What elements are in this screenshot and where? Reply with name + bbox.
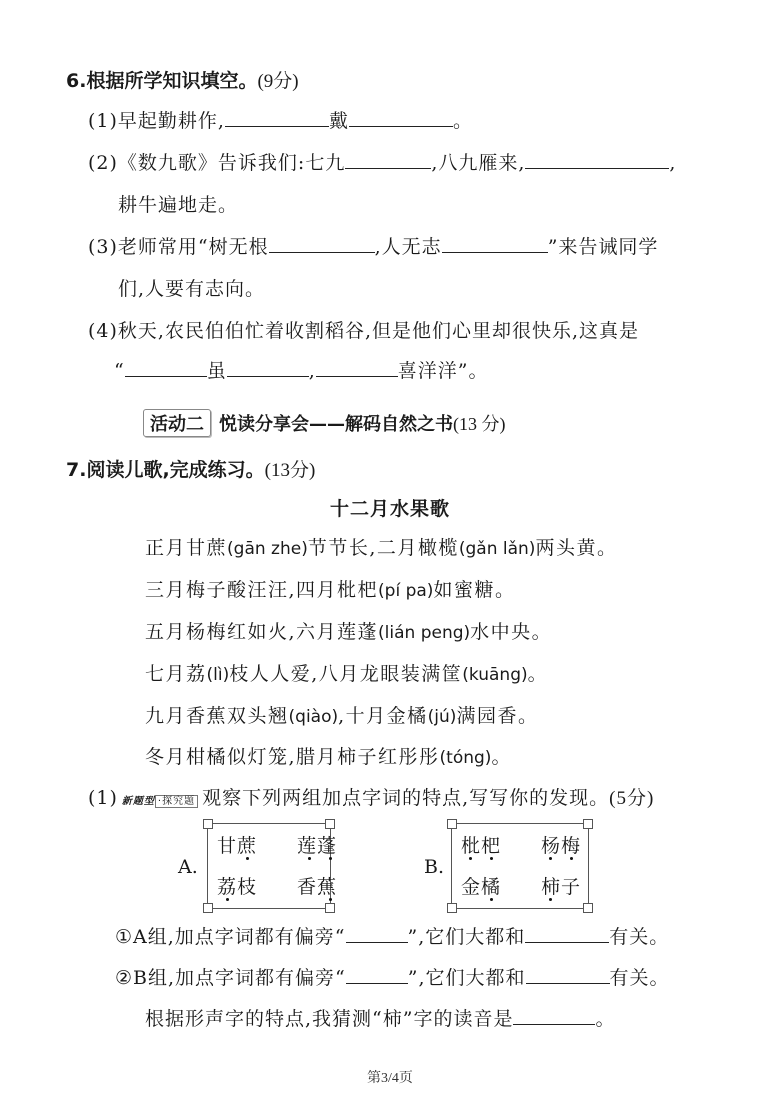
pinyin: (pí pa) — [378, 581, 433, 601]
badge-text: 新题型 — [122, 796, 155, 807]
item-text: 观察下列两组加点字词的特点,写写你的发现。 — [202, 787, 609, 809]
frame-corner-ornament — [325, 819, 335, 829]
poem-text: 。 — [528, 663, 549, 685]
q6-item-2: (2)《数九歌》告诉我们:七九,八九雁来,, — [88, 148, 676, 175]
poem-title: 十二月水果歌 — [0, 494, 780, 521]
answer-blank[interactable] — [227, 358, 309, 377]
new-type-badge: 新题型·探究题 — [122, 792, 198, 807]
item-text: ”来告诫同学 — [548, 236, 659, 258]
frame-corner-ornament — [325, 903, 335, 913]
poem-text: 如蜜糖。 — [433, 579, 515, 601]
answer-blank[interactable] — [513, 1006, 595, 1025]
pinyin: (jú) — [428, 707, 457, 727]
answer-blank[interactable] — [442, 234, 548, 253]
answer-blank[interactable] — [345, 150, 431, 169]
answer-blank[interactable] — [225, 108, 329, 127]
answer-blank[interactable] — [346, 965, 408, 984]
word-item: 甘蔗 — [217, 831, 257, 858]
frame-corner-ornament — [583, 819, 593, 829]
poem-text: 满园香。 — [456, 705, 538, 727]
frame-corner-ornament — [203, 819, 213, 829]
q7-score: (13分) — [265, 460, 316, 481]
emphasis-dot — [226, 898, 229, 901]
word-item: 柿子 — [541, 872, 581, 899]
answer-blank[interactable] — [525, 150, 669, 169]
frame-corner-ornament — [583, 903, 593, 913]
poem-text: 三月梅子酸汪汪,四月枇杷 — [145, 579, 378, 601]
q6-item-3: (3)老师常用“树无根,人无志”来告诫同学 — [88, 232, 658, 259]
item-text: 。 — [453, 110, 473, 132]
pinyin: (qiào) — [289, 707, 339, 727]
word-item: 金橘 — [461, 872, 501, 899]
frame-corner-ornament — [203, 903, 213, 913]
question-6-title: 6.根据所学知识填空。(9分) — [66, 66, 299, 93]
item-number: (2) — [88, 152, 118, 174]
item-text: ”,它们大都和 — [408, 926, 526, 948]
poem-text: 五月杨梅红如火,六月莲蓬 — [145, 621, 378, 643]
poem-text: ,十月金橘 — [338, 705, 428, 727]
q7-sub1-a: ①A组,加点字词都有偏旁“”,它们大都和有关。 — [115, 922, 669, 949]
poem-line: 冬月柑橘似灯笼,腊月柿子红彤彤(tóng)。 — [145, 742, 512, 769]
q7-sub1-b: ②B组,加点字词都有偏旁“”,它们大都和有关。 — [115, 963, 670, 990]
poem-text: 两头黄。 — [535, 537, 617, 559]
q6-item-3-cont: 们,人要有志向。 — [118, 274, 265, 301]
emphasis-dot — [246, 857, 249, 860]
q6-item-1: (1)早起勤耕作,戴。 — [88, 106, 473, 133]
emphasis-dot — [490, 898, 493, 901]
frame-corner-ornament — [447, 819, 457, 829]
answer-blank[interactable] — [349, 108, 453, 127]
item-text: 早起勤耕作, — [118, 110, 225, 132]
section-header: 活动二悦读分享会——解码自然之书(13 分) — [143, 409, 506, 437]
item-text: 《数九歌》告诉我们:七九 — [118, 152, 345, 174]
pinyin: (lì) — [207, 665, 230, 685]
pinyin: (gǎn lǎn) — [459, 539, 536, 559]
word-item: 枇杷 — [461, 831, 501, 858]
badge-text: ·探究题 — [155, 795, 198, 808]
emphasis-dot — [329, 898, 332, 901]
emphasis-dot — [570, 857, 573, 860]
q7-sub1-c: 根据形声字的特点,我猜测“柿”字的读音是。 — [145, 1004, 615, 1031]
section-tag: 活动二 — [143, 409, 211, 437]
q6-score: (9分) — [257, 71, 298, 92]
item-score: (5分) — [609, 788, 654, 809]
word-item: 莲蓬 — [297, 831, 337, 858]
item-number: (3) — [88, 236, 118, 258]
poem-line: 三月梅子酸汪汪,四月枇杷(pí pa)如蜜糖。 — [145, 575, 515, 602]
frame-corner-ornament — [447, 903, 457, 913]
question-7-title: 7.阅读儿歌,完成练习。(13分) — [66, 455, 315, 482]
word-item: 荔枝 — [217, 872, 257, 899]
item-text: 喜洋洋”。 — [398, 360, 489, 382]
item-text: , — [669, 152, 676, 174]
answer-blank[interactable] — [269, 234, 375, 253]
q7-sub1-prompt: (1)新题型·探究题观察下列两组加点字词的特点,写写你的发现。(5分) — [88, 783, 654, 810]
emphasis-dot — [308, 857, 311, 860]
page-number: 第3/4页 — [0, 1067, 780, 1087]
emphasis-dot — [549, 857, 552, 860]
item-text: ②B组,加点字词都有偏旁“ — [115, 967, 346, 989]
poem-line: 正月甘蔗(gān zhe)节节长,二月橄榄(gǎn lǎn)两头黄。 — [145, 533, 617, 560]
item-text: “ — [114, 360, 125, 382]
answer-blank[interactable] — [526, 965, 610, 984]
item-text: 。 — [595, 1008, 615, 1030]
poem-line: 七月荔(lì)枝人人爱,八月龙眼装满筐(kuāng)。 — [145, 659, 548, 686]
item-text: 根据形声字的特点,我猜测“柿”字的读音是 — [145, 1008, 513, 1030]
poem-line: 五月杨梅红如火,六月莲蓬(lián peng)水中央。 — [145, 617, 552, 644]
item-text: ”,它们大都和 — [408, 967, 526, 989]
item-number: (1) — [88, 110, 118, 132]
item-text: 虽 — [207, 360, 227, 382]
q6-title-text: 6.根据所学知识填空。 — [66, 70, 257, 92]
answer-blank[interactable] — [316, 358, 398, 377]
group-a-label: A. — [178, 856, 198, 878]
q6-item-4: (4)秋天,农民伯伯忙着收割稻谷,但是他们心里却很快乐,这真是 — [88, 316, 639, 343]
item-text: 老师常用“树无根 — [118, 236, 269, 258]
item-text: 有关。 — [610, 967, 670, 989]
poem-text: 冬月柑橘似灯笼,腊月柿子红彤彤 — [145, 746, 440, 768]
item-number: (1) — [88, 787, 118, 809]
emphasis-dot — [549, 898, 552, 901]
section-title: 悦读分享会——解码自然之书 — [219, 414, 453, 435]
poem-text: 水中央。 — [470, 621, 552, 643]
word-item: 香蕉 — [297, 872, 337, 899]
q6-item-4-cont: “虽,喜洋洋”。 — [114, 356, 489, 383]
poem-text: 。 — [491, 746, 512, 768]
group-b-label: B. — [424, 856, 444, 878]
pinyin: (lián peng) — [378, 623, 470, 643]
q7-title-text: 7.阅读儿歌,完成练习。 — [66, 459, 265, 481]
word-item: 杨梅 — [541, 831, 581, 858]
poem-text: 九月香蕉双头翘 — [145, 705, 289, 727]
pinyin: (kuāng) — [462, 665, 527, 685]
item-text: ,人无志 — [375, 236, 442, 258]
item-text: ,八九雁来, — [431, 152, 525, 174]
pinyin: (tóng) — [440, 748, 492, 768]
emphasis-dot — [490, 857, 493, 860]
item-text: 有关。 — [609, 926, 669, 948]
section-score: (13 分) — [453, 414, 506, 434]
pinyin: (gān zhe) — [227, 539, 308, 559]
poem-line: 九月香蕉双头翘(qiào),十月金橘(jú)满园香。 — [145, 701, 538, 728]
item-text: , — [309, 360, 316, 382]
answer-blank[interactable] — [125, 358, 207, 377]
emphasis-dot — [469, 857, 472, 860]
answer-blank[interactable] — [525, 924, 609, 943]
q6-item-2-cont: 耕牛遍地走。 — [118, 190, 238, 217]
item-number: (4) — [88, 320, 118, 342]
poem-text: 枝人人爱,八月龙眼装满筐 — [229, 663, 462, 685]
answer-blank[interactable] — [346, 924, 408, 943]
emphasis-dot — [329, 857, 332, 860]
poem-text: 七月荔 — [145, 663, 207, 685]
item-text: 秋天,农民伯伯忙着收割稻谷,但是他们心里却很快乐,这真是 — [118, 320, 639, 342]
poem-text: 正月甘蔗 — [145, 537, 227, 559]
poem-text: 节节长,二月橄榄 — [308, 537, 459, 559]
item-text: 戴 — [329, 110, 349, 132]
item-text: ①A组,加点字词都有偏旁“ — [115, 926, 346, 948]
